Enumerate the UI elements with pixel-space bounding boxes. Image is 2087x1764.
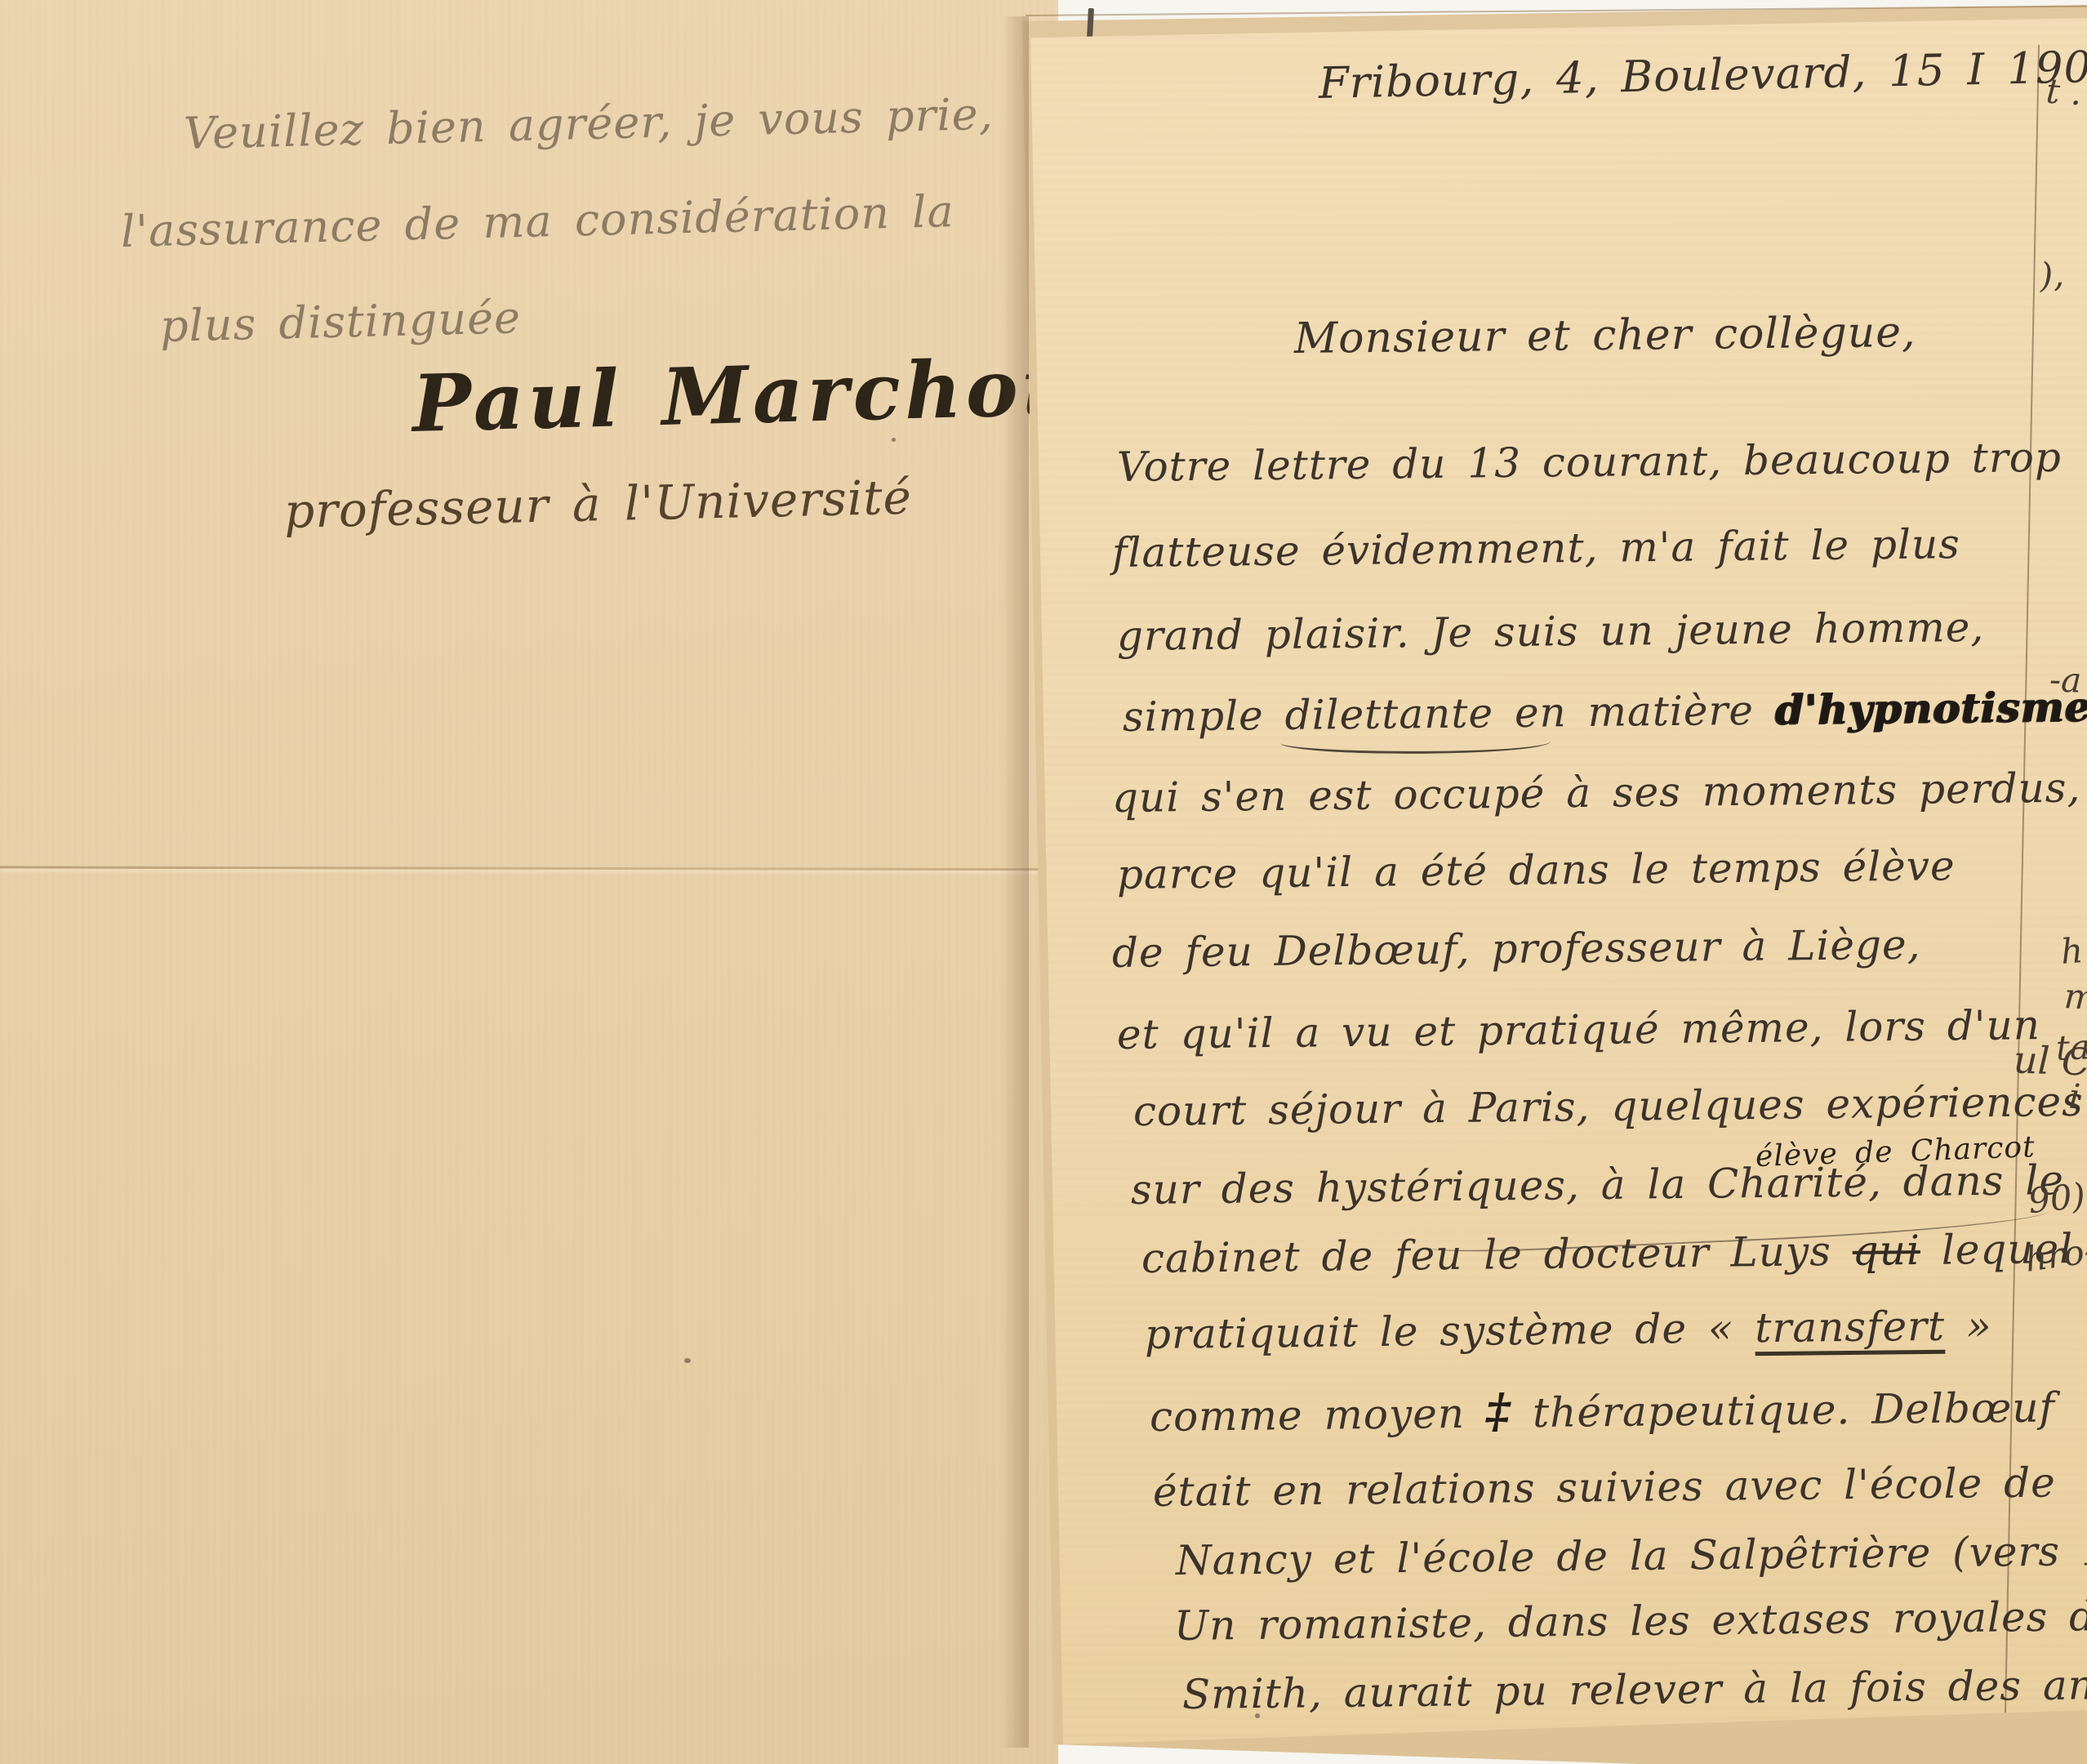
letter-line: comme moyen ‡ thérapeutique. Delbœuf [1150,1377,2056,1442]
line-text: pratiquait le système de « [1145,1304,1755,1358]
edge-ink-fragment: 90). [2027,1174,2087,1221]
edge-ink-fragment: -a [2049,659,2082,700]
edge-ink-fragment: t . [2045,71,2083,114]
horizontal-fold-crease [0,866,1058,871]
letter-line: grand plaisir. Je suis un jeune homme, [1117,604,1985,660]
letter-line: Un romaniste, dans les extases royales d… [1174,1592,2087,1650]
struck-word: qui [1852,1227,1920,1275]
letter-line: était en relations suivies avec l'école … [1153,1459,2056,1516]
letter-line: cabinet de feu le docteur Luys qui leque… [1141,1225,2074,1282]
ink-speck [892,438,896,442]
closing-line: plus distinguée [159,292,521,352]
underlined-word: transfert [1755,1303,1945,1352]
letter-line: et qu'il a vu et pratiqué même, lors d'u… [1117,1001,2041,1058]
overwritten-word: d'hypnotisme [1775,683,2087,734]
edge-ink-fragment: ), [2039,254,2065,295]
page-overlap-shadow [1001,16,1029,1748]
edge-ink-fragment: m [2063,976,2087,1018]
letter-line: qui s'en est occupé à ses moments perdus… [1112,764,2081,822]
dateline: Fribourg, 4, Boulevard, 15 I 1900 [1318,42,2087,109]
line-text: cabinet de feu le docteur Luys [1141,1227,1853,1282]
line-text: thérapeutique. Delbœuf [1511,1383,2055,1437]
line-text: en matière [1493,687,1775,737]
salutation: Monsieur et cher collègue, [1294,308,1916,363]
letter-line: simple dilettante en matière d'hypnotism… [1123,682,2087,741]
right-page: Fribourg, 4, Boulevard, 15 I 1900 Monsie… [1026,0,2087,1764]
letter-line: Smith, aurait pu relever à la fois des a… [1182,1660,2087,1718]
signature: Paul Marchot [412,341,1058,450]
line-text: Un romaniste, dans les extases royales d… [1174,1592,2087,1650]
letter-line: Votre lettre du 13 courant, beaucoup tro… [1117,434,2062,491]
ink-speck [684,1358,691,1363]
line-text: comme moyen [1150,1390,1486,1441]
closing-line: Veuillez bien agréer, je vous prie, [183,88,994,159]
line-text: » [1945,1302,1992,1350]
closing-line: l'assurance de ma considération la [120,185,955,257]
insertion-mark: ‡ [1485,1383,1511,1438]
letter-line: pratiquait le système de « transfert » [1145,1302,1992,1358]
letter-scan: Veuillez bien agréer, je vous prie, l'as… [0,0,2087,1764]
left-page: Veuillez bien agréer, je vous prie, l'as… [0,0,1058,1764]
letter-line: parce qu'il a été dans le temps élève [1117,842,1956,898]
ink-speck [1255,1713,1260,1718]
signature-title: professeur à l'Université [283,470,912,539]
line-text: simple [1123,692,1285,741]
underlined-word: dilettante [1284,689,1493,739]
letter-line: flatteuse évidemment, m'a fait le plus [1112,520,1960,577]
letter-line: court séjour à Paris, quelques expérienc… [1133,1078,2084,1135]
letter-line: Nancy et l'école de la Salpêtrière (vers… [1176,1526,2087,1584]
letter-line: de feu Delbœuf, professeur à Liège, [1112,921,1921,977]
edge-ink-fragment: h [2059,930,2084,972]
